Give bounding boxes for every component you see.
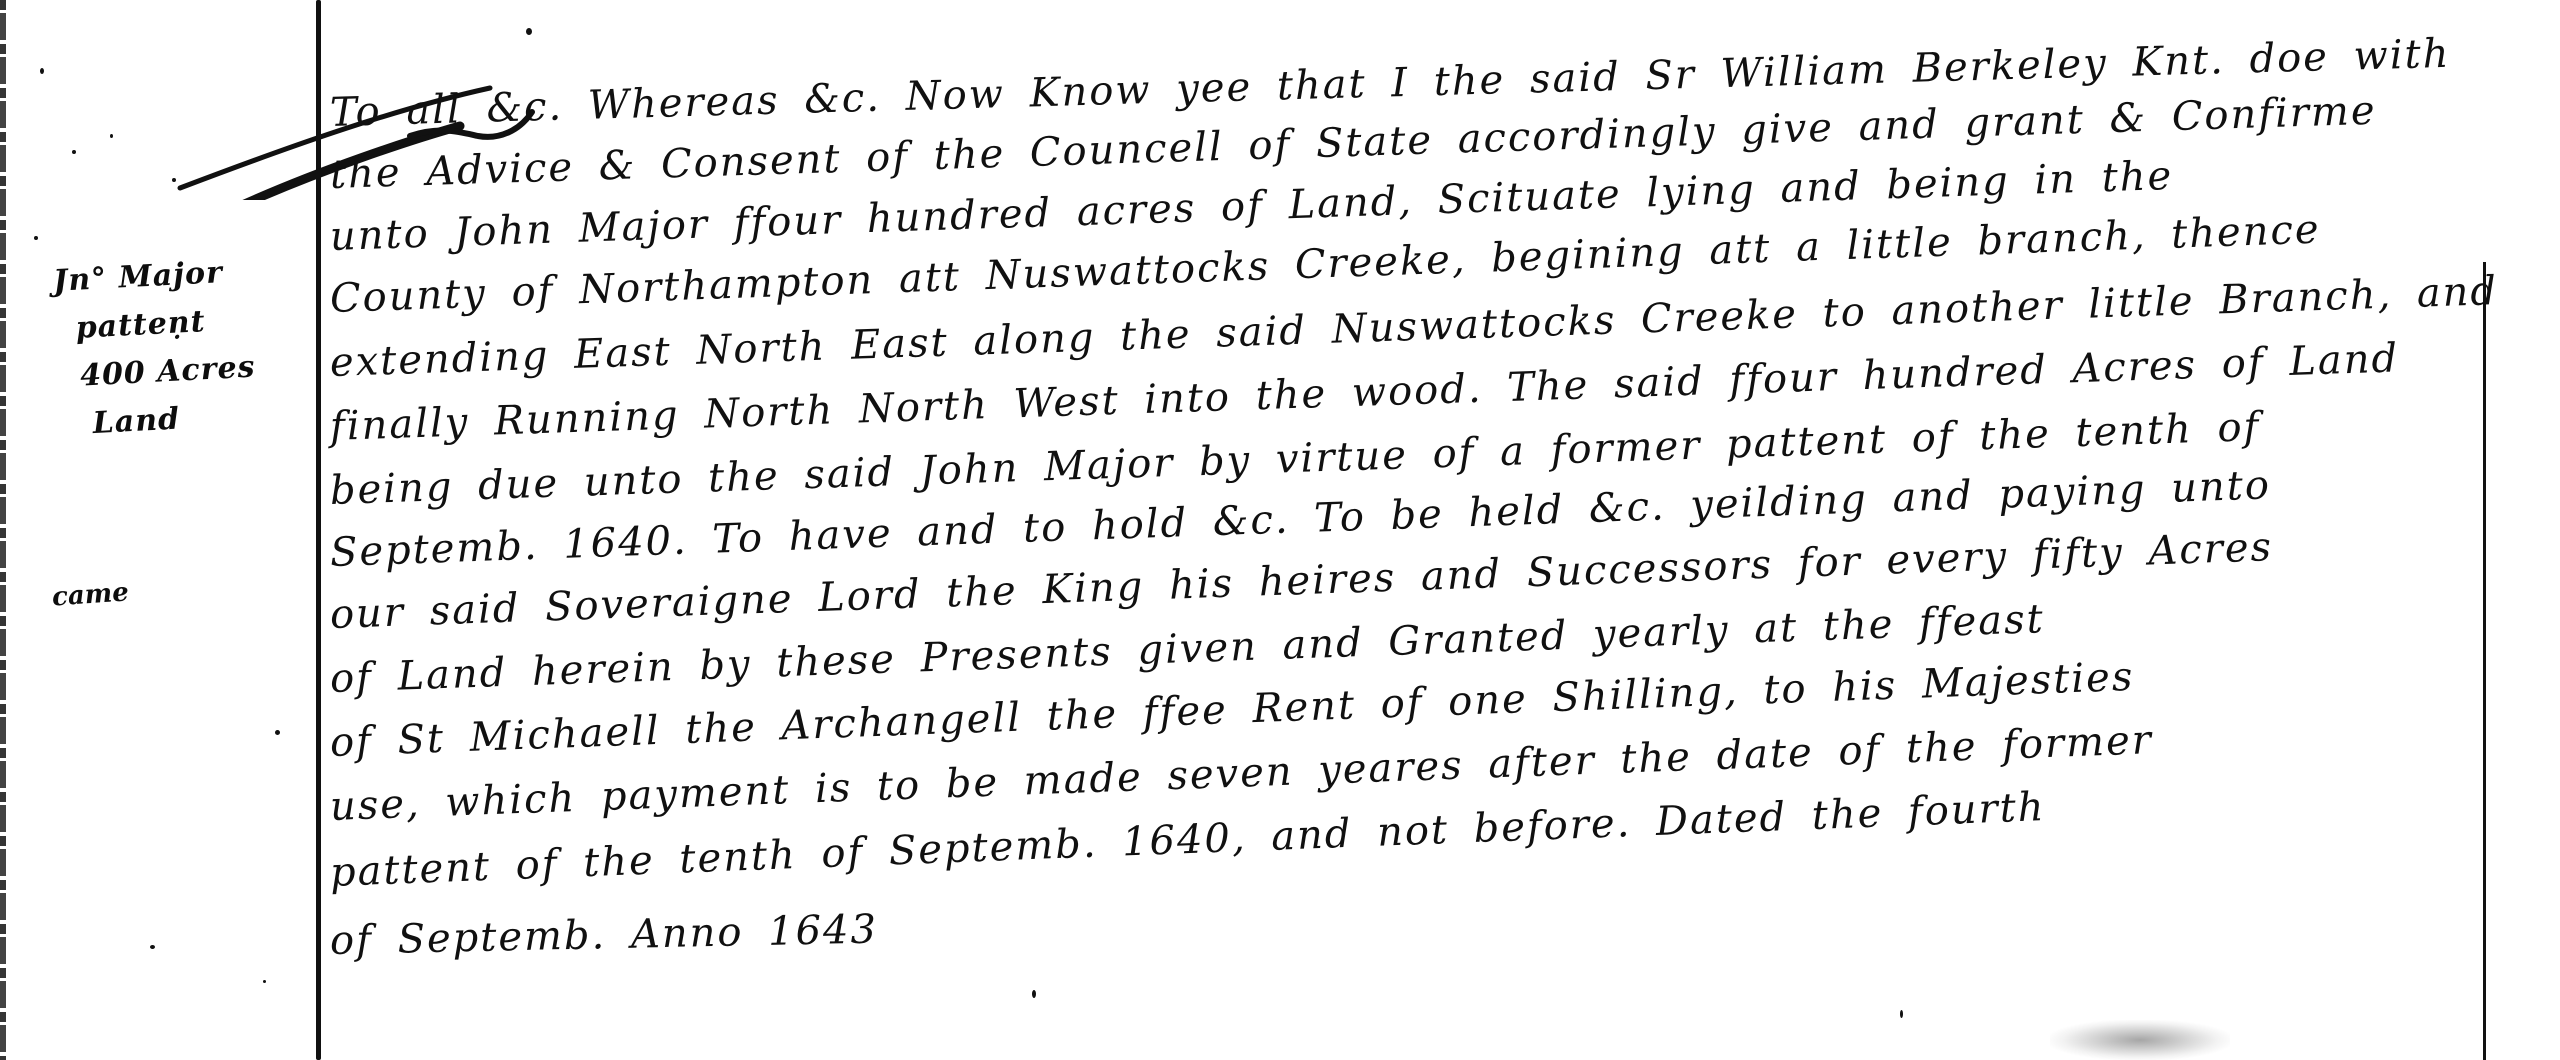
scan-speck	[1900, 1010, 1903, 1018]
scan-speck	[526, 28, 532, 35]
margin-footer-mark: came	[51, 577, 130, 612]
scan-speck	[263, 980, 266, 983]
scan-speck	[275, 730, 280, 735]
scan-speck	[1032, 990, 1036, 998]
right-border-rule	[2483, 262, 2486, 1060]
manuscript-line: of Septemb. Anno 1643	[330, 907, 879, 964]
scan-speck	[110, 134, 113, 138]
manuscript-page: Jn° Major patteṇt 400 Acres Land came T…	[0, 0, 2560, 1060]
margin-note: Jn° Major patteṇt 400 Acres Land	[52, 245, 312, 450]
scan-smudge	[2050, 1020, 2230, 1060]
scan-speck	[172, 178, 176, 182]
scan-speck	[34, 236, 38, 240]
scan-speck	[150, 945, 155, 949]
scan-speck	[40, 68, 44, 74]
scan-edge-shadow	[0, 0, 6, 1060]
scan-speck	[72, 150, 76, 154]
